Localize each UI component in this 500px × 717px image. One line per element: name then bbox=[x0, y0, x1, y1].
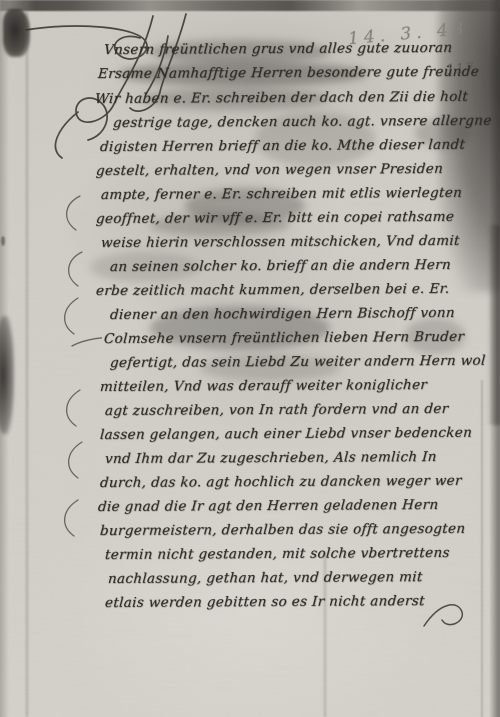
manuscript-line: Vnsern freüntlichen grus vnd alles gute … bbox=[103, 40, 452, 58]
manuscript-line: weise hierin verschlossen mitschicken, V… bbox=[100, 233, 460, 251]
manuscript-line: gefertigt, das sein Liebd Zu weiter ande… bbox=[109, 353, 486, 371]
vertical-crease-right bbox=[481, 380, 483, 717]
margin-swash-graphic bbox=[52, 190, 102, 610]
manuscript-line: erbe zeitlich macht kummen, derselben be… bbox=[95, 281, 450, 299]
manuscript-line: an seinen solcher ko. brieff an die ande… bbox=[109, 257, 451, 275]
manuscript-line: durch, das ko. agt hochlich zu dancken w… bbox=[99, 473, 462, 491]
left-edge-ink-blob bbox=[0, 316, 14, 434]
manuscript-line: termin nicht gestanden, mit solche vbert… bbox=[104, 545, 450, 563]
manuscript-line: lassen gelangen, auch einer Liebd vnser … bbox=[99, 425, 472, 443]
manuscript-line: Wir haben e. Er. schreiben der dach den … bbox=[94, 89, 468, 107]
top-binding-band bbox=[0, 0, 500, 11]
manuscript-line: agt zuschreiben, von In rath fordern vnd… bbox=[104, 401, 449, 419]
manuscript-line: geoffnet, der wir vff e. Er. bitt ein co… bbox=[95, 209, 454, 227]
manuscript-line: gestrige tage, dencken auch ko. agt. vns… bbox=[112, 113, 492, 131]
manuscript-line: diener an den hochwirdigen Hern Bischoff… bbox=[109, 305, 455, 323]
manuscript-line: Colmsehe vnsern freüntlichen lieben Hern… bbox=[103, 329, 464, 347]
manuscript-line: nachlassung, gethan hat, vnd derwegen mi… bbox=[107, 569, 423, 587]
manuscript-line: Ersame Namhafftige Herren besondere gute… bbox=[97, 64, 479, 82]
manuscript-line: digisten Herren brieff an die ko. Mthe d… bbox=[99, 137, 465, 155]
manuscript-line: die gnad die Ir agt den Herren geladenen… bbox=[97, 497, 439, 515]
vertical-fold-line bbox=[26, 0, 28, 717]
manuscript-line: gestelt, erhalten, vnd von wegen vnser P… bbox=[95, 161, 443, 179]
manuscript-line: ampte, ferner e. Er. schreiben mit etlis… bbox=[100, 185, 462, 203]
manuscript-line: etlais werden gebitten so es Ir nicht an… bbox=[104, 593, 425, 611]
manuscript-line: burgermeistern, derhalben das sie offt a… bbox=[99, 521, 465, 539]
manuscript-line: mitteilen, Vnd was derauff weiter konigl… bbox=[99, 377, 427, 395]
right-edge-dark-segment bbox=[487, 225, 500, 425]
manuscript-line: vnd Ihm dar Zu zugeschrieben, Als nemlic… bbox=[104, 449, 437, 467]
manuscript-scan: 14. 3. 43 117 Vnsern freüntlichen grus v… bbox=[0, 0, 500, 717]
closing-swash-graphic bbox=[418, 596, 488, 636]
left-edge-mark bbox=[1, 236, 5, 246]
